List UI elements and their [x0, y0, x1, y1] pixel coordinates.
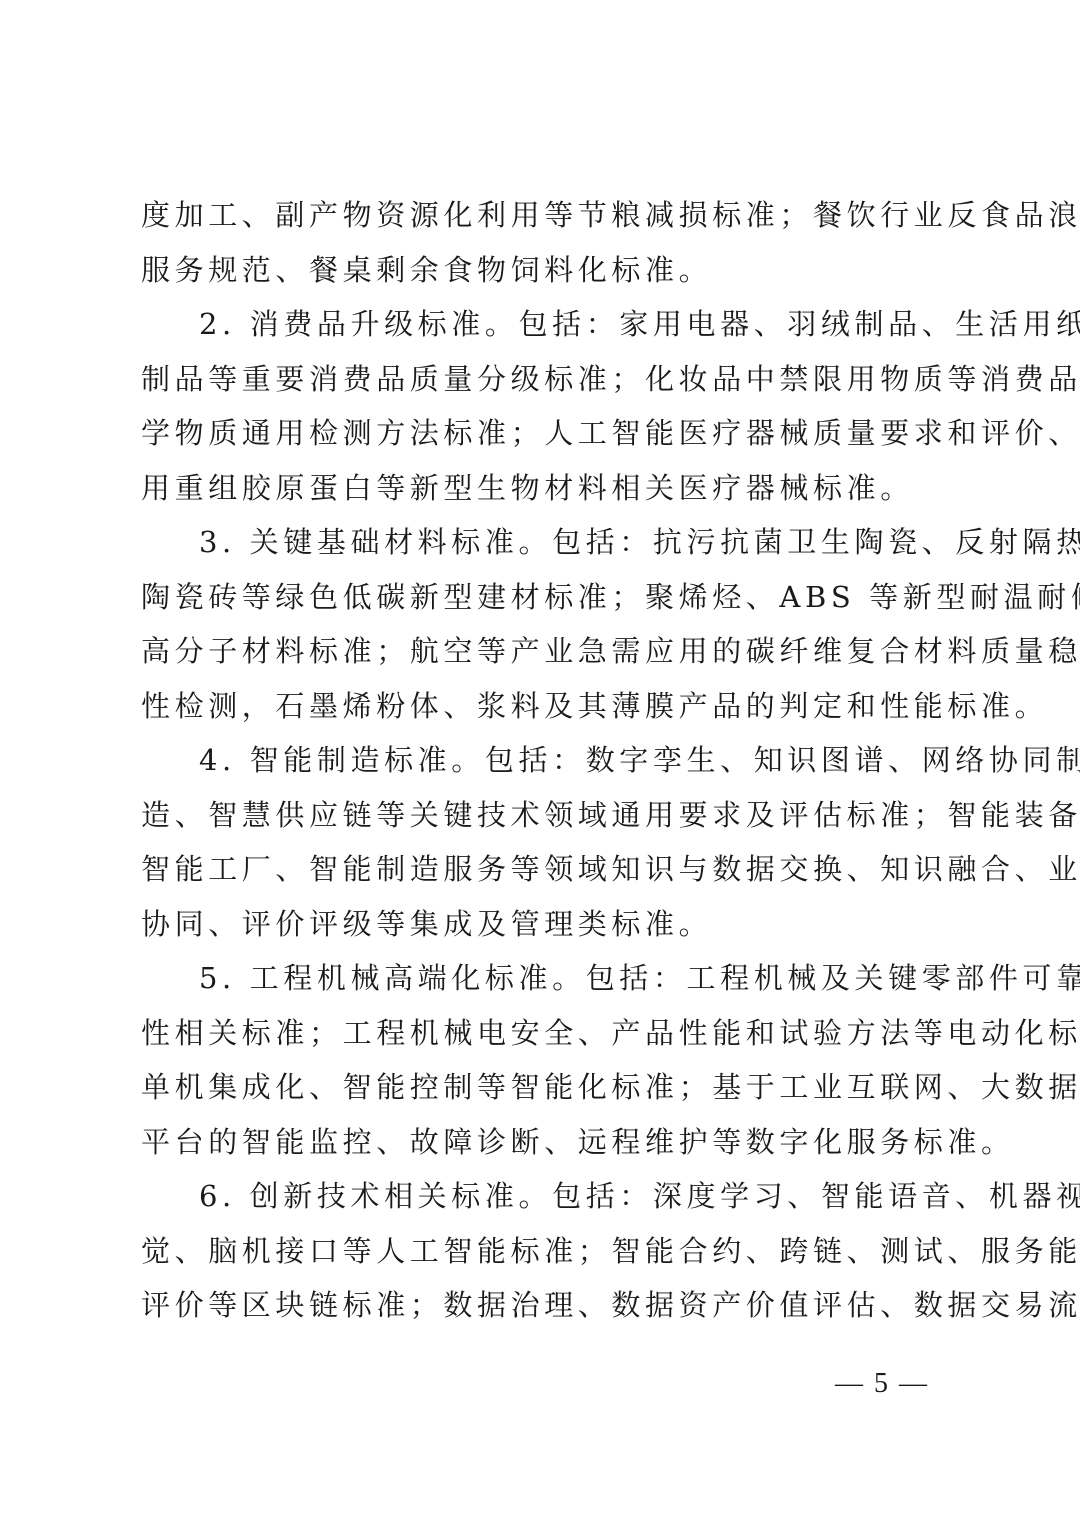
- text-line: 觉、脑机接口等人工智能标准；智能合约、跨链、测试、服务能力: [141, 1224, 953, 1279]
- text-line: 用重组胶原蛋白等新型生物材料相关医疗器械标准。: [141, 461, 953, 516]
- document-page: 度加工、副产物资源化利用等节粮减损标准；餐饮行业反食品浪费 服务规范、餐桌剩余食…: [141, 188, 953, 1333]
- paragraph-item-2: 2. 消费品升级标准。包括：家用电器、羽绒制品、生活用纸 制品等重要消费品质量分…: [141, 297, 953, 515]
- text-line: 4. 智能制造标准。包括：数字孪生、知识图谱、网络协同制: [141, 733, 953, 788]
- text-line: 高分子材料标准；航空等产业急需应用的碳纤维复合材料质量稳定: [141, 624, 953, 679]
- text-line: 性检测，石墨烯粉体、浆料及其薄膜产品的判定和性能标准。: [141, 679, 953, 734]
- paragraph-item-3: 3. 关键基础材料标准。包括：抗污抗菌卫生陶瓷、反射隔热 陶瓷砖等绿色低碳新型建…: [141, 515, 953, 733]
- text-line: 6. 创新技术相关标准。包括：深度学习、智能语音、机器视: [141, 1169, 953, 1224]
- paragraph-continuation: 度加工、副产物资源化利用等节粮减损标准；餐饮行业反食品浪费 服务规范、餐桌剩余食…: [141, 188, 953, 297]
- text-line: 性相关标准；工程机械电安全、产品性能和试验方法等电动化标准；: [141, 1006, 953, 1061]
- text-line: 造、智慧供应链等关键技术领域通用要求及评估标准；智能装备、: [141, 788, 953, 843]
- text-line: 5. 工程机械高端化标准。包括：工程机械及关键零部件可靠: [141, 951, 953, 1006]
- text-line: 3. 关键基础材料标准。包括：抗污抗菌卫生陶瓷、反射隔热: [141, 515, 953, 570]
- text-line: 度加工、副产物资源化利用等节粮减损标准；餐饮行业反食品浪费: [141, 188, 953, 243]
- paragraph-item-6: 6. 创新技术相关标准。包括：深度学习、智能语音、机器视 觉、脑机接口等人工智能…: [141, 1169, 953, 1333]
- text-line: 智能工厂、智能制造服务等领域知识与数据交换、知识融合、业务: [141, 842, 953, 897]
- text-line: 陶瓷砖等绿色低碳新型建材标准；聚烯烃、ABS 等新型耐温耐候: [141, 570, 953, 625]
- paragraph-item-4: 4. 智能制造标准。包括：数字孪生、知识图谱、网络协同制 造、智慧供应链等关键技…: [141, 733, 953, 951]
- text-line: 协同、评价评级等集成及管理类标准。: [141, 897, 953, 952]
- text-line: 制品等重要消费品质量分级标准；化妆品中禁限用物质等消费品化: [141, 352, 953, 407]
- text-line: 平台的智能监控、故障诊断、远程维护等数字化服务标准。: [141, 1115, 953, 1170]
- text-line: 服务规范、餐桌剩余食物饲料化标准。: [141, 243, 953, 298]
- text-line: 2. 消费品升级标准。包括：家用电器、羽绒制品、生活用纸: [141, 297, 953, 352]
- text-line: 单机集成化、智能控制等智能化标准；基于工业互联网、大数据云: [141, 1060, 953, 1115]
- page-number: — 5 —: [835, 1368, 929, 1400]
- paragraph-item-5: 5. 工程机械高端化标准。包括：工程机械及关键零部件可靠 性相关标准；工程机械电…: [141, 951, 953, 1169]
- text-line: 评价等区块链标准；数据治理、数据资产价值评估、数据交易流通，: [141, 1278, 953, 1333]
- text-line: 学物质通用检测方法标准；人工智能医疗器械质量要求和评价、医: [141, 406, 953, 461]
